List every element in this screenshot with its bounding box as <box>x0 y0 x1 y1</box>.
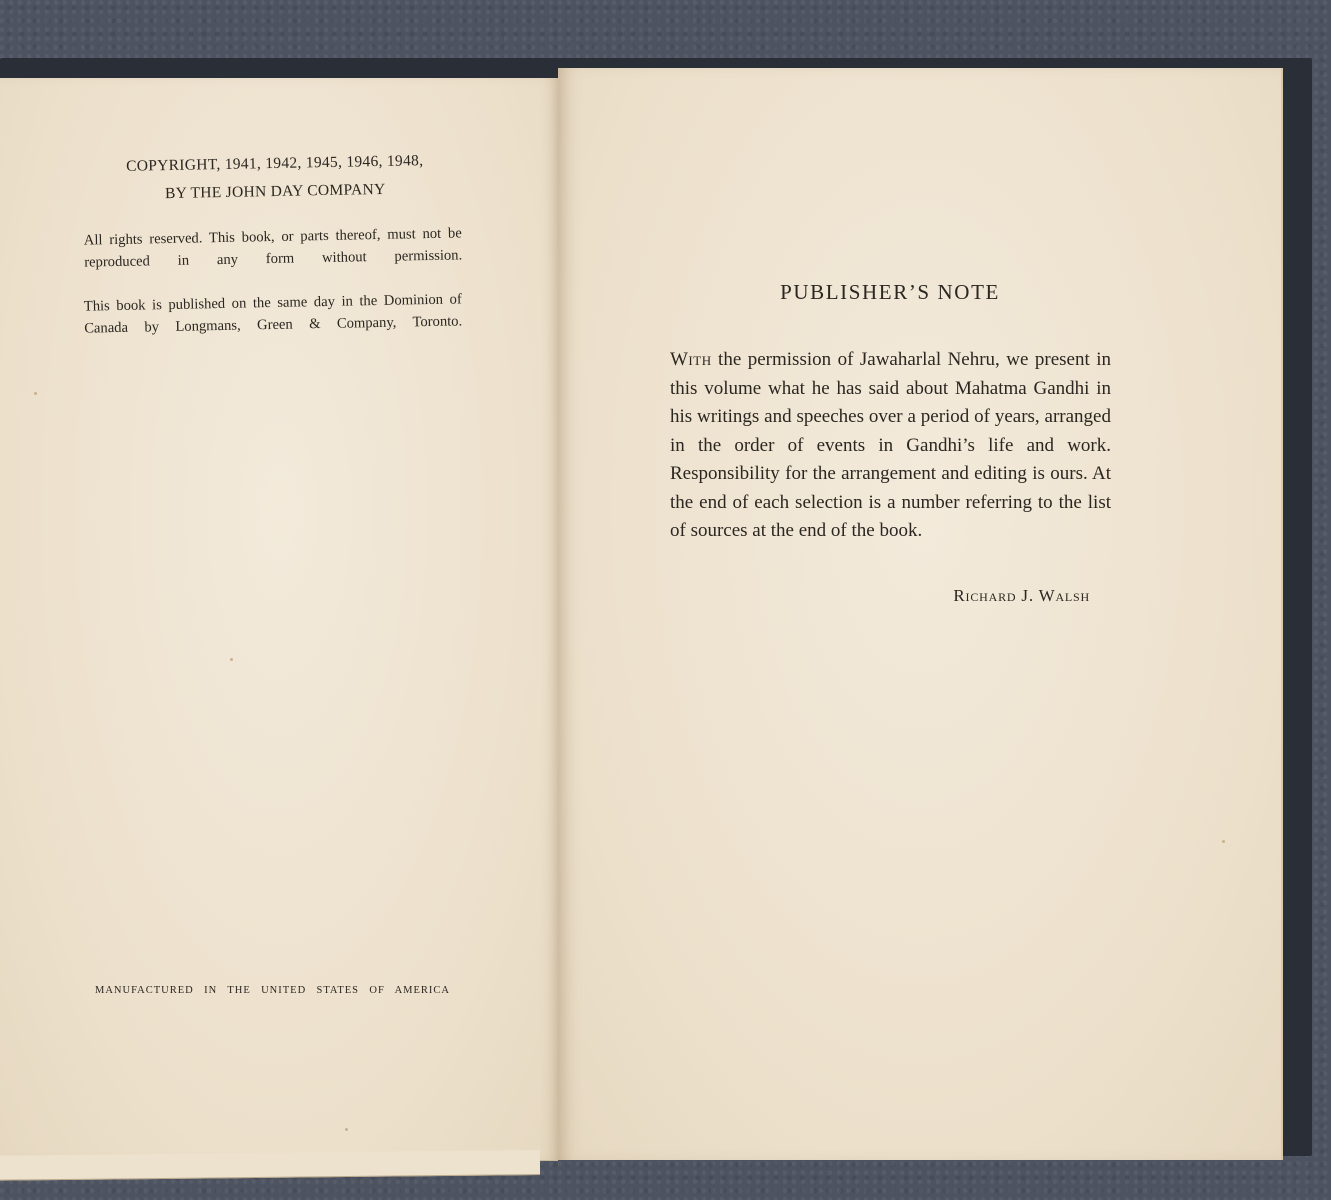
signature: Richard J. Walsh <box>870 586 1090 606</box>
paper-speck <box>1222 840 1225 843</box>
left-page-underlayer <box>0 1150 540 1181</box>
paper-speck <box>34 392 37 395</box>
page-title: PUBLISHER’S NOTE <box>670 280 1110 305</box>
manufactured-notice: MANUFACTURED IN THE UNITED STATES OF AME… <box>95 985 450 996</box>
copyright-heading: COPYRIGHT, 1941, 1942, 1945, 1946, 1948,… <box>109 147 440 209</box>
publishers-note-body: With the permission of Jawaharlal Nehru,… <box>670 346 1111 546</box>
canada-publication-text: This book is published on the same day i… <box>84 288 463 339</box>
body-text: the permission of Jawaharlal Nehru, we p… <box>670 349 1111 541</box>
lead-word: With <box>670 349 712 370</box>
paper-speck <box>345 1128 348 1131</box>
rights-reserved-text: All rights reserved. This book, or parts… <box>84 222 463 273</box>
right-page <box>558 68 1283 1160</box>
paper-speck <box>230 658 233 661</box>
